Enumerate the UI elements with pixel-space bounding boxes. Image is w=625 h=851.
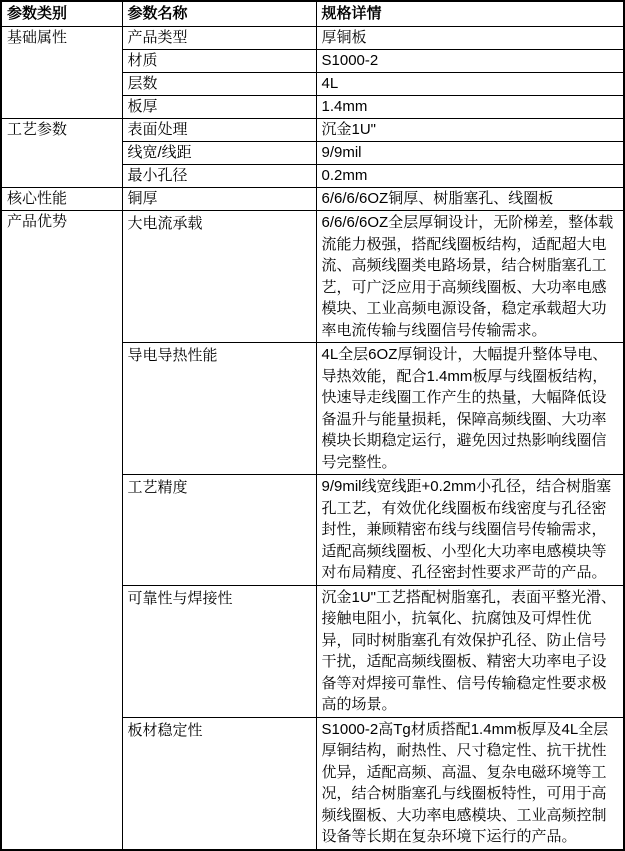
category-cell-advantage: 产品优势 [1,211,122,850]
param-name-cell: 最小孔径 [122,165,316,188]
header-cell-name: 参数名称 [122,1,316,27]
table-row: 基础属性 产品类型 厚铜板 [1,27,624,50]
spec-detail-cell: 9/9mil [316,142,624,165]
table-header-row: 参数类别 参数名称 规格详情 [1,1,624,27]
param-name-cell: 产品类型 [122,27,316,50]
param-name-cell: 材质 [122,50,316,73]
category-cell-core: 核心性能 [1,188,122,211]
spec-detail-cell: 沉金1U"工艺搭配树脂塞孔，表面平整光滑、接触电阻小，抗氧化、抗腐蚀及可焊性优异… [316,585,624,717]
param-name-cell: 层数 [122,73,316,96]
spec-detail-cell: 沉金1U" [316,119,624,142]
spec-detail-cell: 9/9mil线宽线距+0.2mm小孔径，结合树脂塞孔工艺，有效优化线圈板布线密度… [316,475,624,586]
spec-detail-cell: S1000-2 [316,50,624,73]
spec-detail-cell: 6/6/6/6OZ铜厚、树脂塞孔、线圈板 [316,188,624,211]
header-cell-category: 参数类别 [1,1,122,27]
param-name-cell: 导电导热性能 [122,343,316,475]
header-cell-detail: 规格详情 [316,1,624,27]
table-row: 产品优势 大电流承载 6/6/6/6OZ全层厚铜设计，无阶梯差，整体载流能力极强… [1,211,624,343]
param-name-cell: 板厚 [122,96,316,119]
param-name-cell: 线宽/线距 [122,142,316,165]
spec-detail-cell: 1.4mm [316,96,624,119]
spec-detail-cell: S1000-2高Tg材质搭配1.4mm板厚及4L全层厚铜结构，耐热性、尺寸稳定性… [316,717,624,850]
param-name-cell: 大电流承载 [122,211,316,343]
param-name-cell: 表面处理 [122,119,316,142]
spec-detail-cell: 4L全层6OZ厚铜设计，大幅提升整体导电、导热效能，配合1.4mm板厚与线圈板结… [316,343,624,475]
spec-table: 参数类别 参数名称 规格详情 基础属性 产品类型 厚铜板 材质 S1000-2 … [0,0,625,851]
table-row: 工艺参数 表面处理 沉金1U" [1,119,624,142]
category-cell-basic: 基础属性 [1,27,122,119]
spec-detail-cell: 厚铜板 [316,27,624,50]
param-name-cell: 可靠性与焊接性 [122,585,316,717]
spec-detail-cell: 0.2mm [316,165,624,188]
param-name-cell: 工艺精度 [122,475,316,586]
param-name-cell: 板材稳定性 [122,717,316,850]
table-row: 核心性能 铜厚 6/6/6/6OZ铜厚、树脂塞孔、线圈板 [1,188,624,211]
param-name-cell: 铜厚 [122,188,316,211]
spec-detail-cell: 6/6/6/6OZ全层厚铜设计，无阶梯差，整体载流能力极强，搭配线圈板结构，适配… [316,211,624,343]
spec-detail-cell: 4L [316,73,624,96]
category-cell-process: 工艺参数 [1,119,122,188]
